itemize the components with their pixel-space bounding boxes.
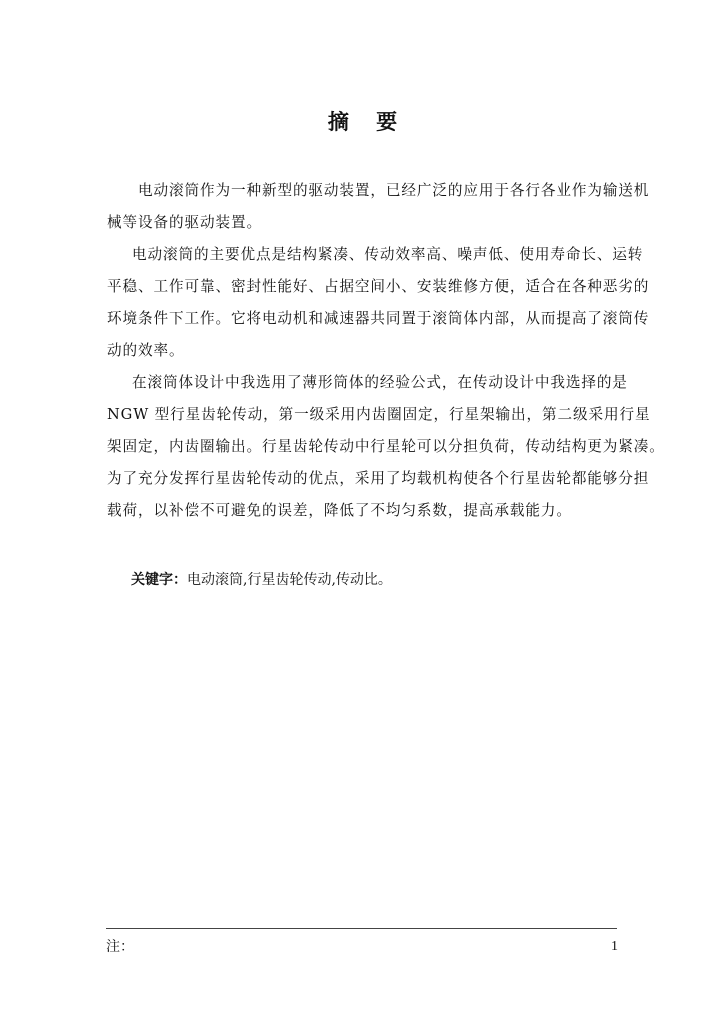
paragraph-1-line-2: 械等设备的驱动装置。 (107, 214, 262, 232)
keywords-label: 关键字： (131, 572, 187, 588)
keywords: 关键字：电动滚筒,行星齿轮传动,传动比。 (131, 571, 392, 589)
paragraph-2-line-3: 环境条件下工作。它将电动机和减速器共同置于滚筒体内部，从而提高了滚筒传 (107, 310, 649, 328)
footer-divider (106, 928, 617, 929)
abstract-title: 摘 要 (0, 106, 725, 136)
page-number: 1 (606, 938, 618, 956)
paragraph-2-line-1: 电动滚筒的主要优点是结构紧凑、传动效率高、噪声低、使用寿命长、运转 (132, 246, 643, 264)
document-page: 摘 要 电动滚筒作为一种新型的驱动装置，已经广泛的应用于各行各业作为输送机 械等… (0, 0, 725, 1024)
paragraph-3-line-5: 载荷，以补偿不可避免的误差，降低了不均匀系数，提高承载能力。 (107, 502, 572, 520)
footer-note: 注： (106, 938, 134, 956)
paragraph-3-line-4: 为了充分发挥行星齿轮传动的优点，采用了均载机构使各个行星齿轮都能够分担 (107, 470, 649, 488)
paragraph-3-line-3: 架固定，内齿圈输出。行星齿轮传动中行星轮可以分担负荷，传动结构更为紧凑。 (107, 438, 665, 456)
paragraph-2-line-2: 平稳、工作可靠、密封性能好、占据空间小、安装维修方便，适合在各种恶劣的 (107, 278, 649, 296)
paragraph-1-line-1: 电动滚筒作为一种新型的驱动装置，已经广泛的应用于各行各业作为输送机 (138, 182, 649, 200)
paragraph-3-line-2: NGW 型行星齿轮传动，第一级采用内齿圈固定，行星架输出，第二级采用行星 (107, 406, 650, 424)
keywords-value: 电动滚筒,行星齿轮传动,传动比。 (187, 572, 392, 588)
paragraph-2-line-4: 动的效率。 (107, 342, 184, 360)
paragraph-3-line-1: 在滚筒体设计中我选用了薄形筒体的经验公式，在传动设计中我选择的是 (132, 374, 628, 392)
